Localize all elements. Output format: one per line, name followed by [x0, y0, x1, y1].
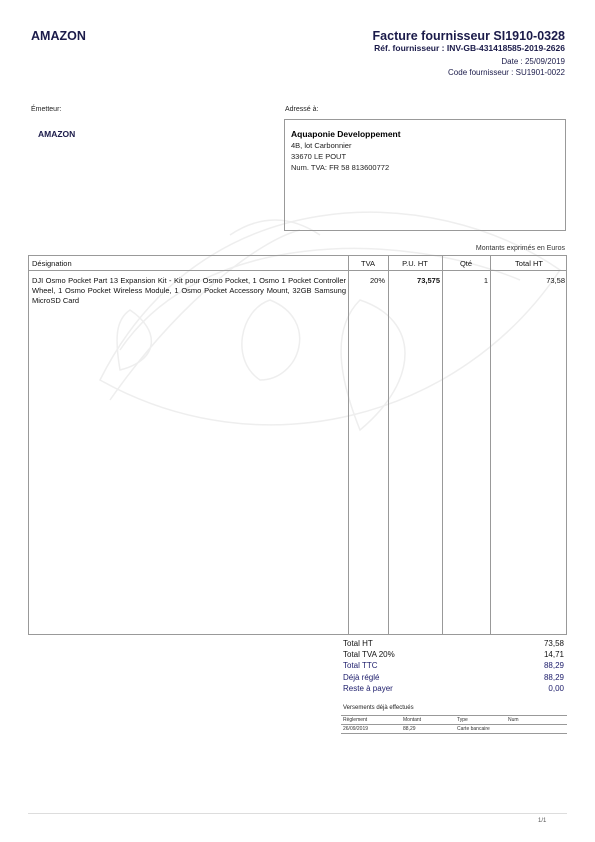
remaining-value: 0,00	[548, 684, 564, 693]
payment-row: 26/09/2019 88,29 Carte bancaire	[341, 724, 567, 733]
already-paid-label: Déjà réglé	[343, 673, 379, 682]
invoice-title: Facture fournisseur SI1910-0328	[373, 29, 565, 43]
payment-amount: 88,29	[403, 726, 416, 732]
recipient-vat-number: Num. TVA: FR 58 813600772	[291, 163, 389, 172]
supplier-reference: Réf. fournisseur : INV-GB-431418585-2019…	[374, 43, 565, 53]
column-divider	[442, 256, 443, 634]
recipient-name: Aquaponie Developpement	[291, 129, 401, 139]
item-unit-price: 73,575	[388, 276, 440, 285]
column-divider	[388, 256, 389, 634]
payment-type: Carte bancaire	[457, 726, 490, 732]
payment-date: 26/09/2019	[343, 726, 368, 732]
currency-note: Montants exprimés en Euros	[476, 245, 565, 252]
payments-header-num: Num	[508, 717, 519, 723]
recipient-address-line: 4B, lot Carbonnier	[291, 141, 351, 150]
total-tva-label: Total TVA 20%	[343, 650, 395, 659]
footer-divider	[28, 813, 567, 814]
total-ttc-value: 88,29	[544, 661, 564, 670]
total-ttc-label: Total TTC	[343, 661, 378, 670]
payments-header-type: Type	[457, 717, 468, 723]
seller-name: AMAZON	[31, 29, 86, 43]
total-tva-value: 14,71	[544, 650, 564, 659]
issuer-name: AMAZON	[38, 129, 75, 139]
payments-table: Règlement Montant Type Num 26/09/2019 88…	[341, 715, 567, 733]
payments-header-row: Règlement Montant Type Num	[341, 715, 567, 724]
header-designation: Désignation	[32, 259, 72, 268]
header-unit-price: P.U. HT	[388, 259, 442, 268]
column-divider	[490, 256, 491, 634]
total-ht-value: 73,58	[544, 639, 564, 648]
recipient-address-line: 33670 LE POUT	[291, 152, 346, 161]
header-total-ht: Total HT	[490, 259, 568, 268]
divider	[341, 733, 567, 734]
invoice-date: Date : 25/09/2019	[501, 57, 565, 66]
header-tva: TVA	[348, 259, 388, 268]
payments-header-date: Règlement	[343, 717, 367, 723]
total-ht-label: Total HT	[343, 639, 373, 648]
recipient-label: Adressé à:	[285, 106, 318, 113]
item-quantity: 1	[442, 276, 488, 285]
already-paid-value: 88,29	[544, 673, 564, 682]
item-designation: DJI Osmo Pocket Part 13 Expansion Kit - …	[32, 276, 346, 306]
item-tva: 20%	[348, 276, 385, 285]
supplier-code: Code fournisseur : SU1901-0022	[448, 68, 565, 77]
payments-title: Versements déjà effectués	[343, 705, 414, 711]
items-table: Désignation TVA P.U. HT Qté Total HT DJI…	[28, 255, 567, 635]
column-divider	[348, 256, 349, 634]
issuer-label: Émetteur:	[31, 106, 61, 113]
payments-header-amount: Montant	[403, 717, 421, 723]
header-quantity: Qté	[442, 259, 490, 268]
remaining-label: Reste à payer	[343, 684, 393, 693]
item-total-ht: 73,58	[490, 276, 565, 285]
page-number: 1/1	[538, 818, 546, 824]
